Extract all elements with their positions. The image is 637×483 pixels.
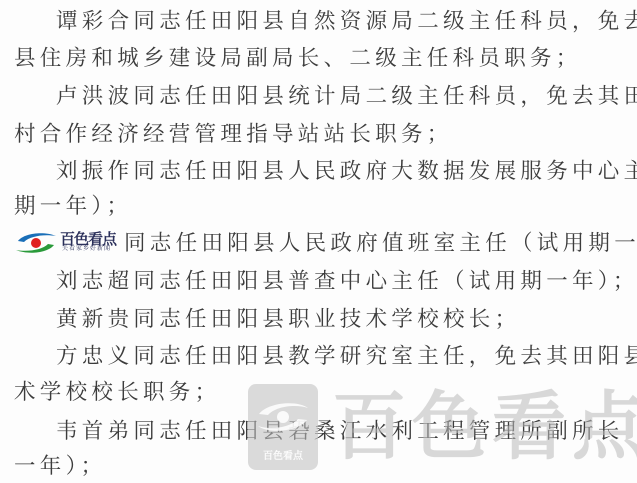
watermark-small-logo: 百色看点 关看家乡好新闻 (14, 230, 120, 256)
swirl-eye-logo-icon (14, 231, 58, 255)
paragraph-3-line-1: 刘振作同志任田阳县人民政府大数据发展服务中心主任（试用 (56, 157, 637, 187)
paragraph-7-line-2: 术学校校长职务； (14, 378, 220, 408)
paragraph-3-line-2: 期一年）； (14, 192, 132, 222)
paragraph-4-line-1: 同志任田阳县人民政府值班室主任（试用期一年）； (124, 229, 637, 259)
paragraph-2-line-2: 村合作经济经营管理指导站站长职务； (14, 120, 453, 150)
paragraph-6-line-1: 黄新贵同志任田阳县职业技术学校校长； (56, 305, 520, 335)
paragraph-8-line-2: 一年）； (14, 452, 106, 482)
paragraph-7-line-1: 方忠义同志任田阳县教学研究室主任，免去其田阳县职业技 (56, 342, 637, 372)
watermark-badge-label: 百色看点 (248, 447, 318, 462)
scanned-document-page: 谭彩合同志任田阳县自然资源局二级主任科员，免去其田阳 县住房和城乡建设局副局长、… (0, 0, 637, 483)
paragraph-1-line-2: 县住房和城乡建设局副局长、二级主任科员职务； (14, 44, 582, 74)
paragraph-2-line-1: 卢洪波同志任田阳县统计局二级主任科员，免去其田阳县农 (56, 82, 637, 112)
paragraph-8-line-1: 韦首弟同志任田阳县䂬桑江水利工程管理所副所长（试用期 (56, 417, 637, 447)
paragraph-5-line-1: 刘志超同志任田阳县普查中心主任（试用期一年）； (56, 267, 637, 297)
paragraph-1-line-1: 谭彩合同志任田阳县自然资源局二级主任科员，免去其田阳 (56, 7, 637, 37)
watermark-small-subtitle: 关看家乡好新闻 (62, 245, 111, 253)
